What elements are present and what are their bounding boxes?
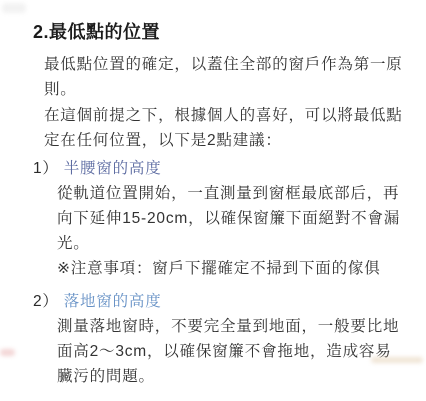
intro-paragraph-2: 在這個前提之下，根據個人的喜好，可以將最低點定在任何位置，以下是2點建議： — [44, 103, 406, 153]
list-item-2: 2）落地窗的高度 測量落地窗時，不要完全量到地面，一般要比地面高2～3cm，以確… — [33, 289, 402, 389]
document-content: 2.最低點的位置 最低點位置的確定，以蓋住全部的窗戶作為第一原則。 在這個前提之… — [0, 0, 426, 389]
document-page: 2.最低點的位置 最低點位置的確定，以蓋住全部的窗戶作為第一原則。 在這個前提之… — [0, 0, 426, 401]
item-2-number: 2） — [33, 293, 59, 310]
item-1-label: 半腰窗的高度 — [64, 160, 162, 177]
item-2-heading: 2）落地窗的高度 — [33, 289, 402, 314]
list-item-1: 1）半腰窗的高度 從軌道位置開始，一直測量到窗框最底部后，再向下延伸15-20c… — [33, 156, 402, 281]
item-2-body: 測量落地窗時，不要完全量到地面，一般要比地面高2～3cm，以確保窗簾不會拖地，造… — [57, 314, 405, 389]
item-1-note: ※注意事項：窗戶下擺確定不掃到下面的傢俱 — [57, 256, 405, 281]
item-1-heading: 1）半腰窗的高度 — [33, 156, 402, 181]
item-2-label: 落地窗的高度 — [64, 293, 162, 310]
intro-paragraph-1: 最低點位置的確定，以蓋住全部的窗戶作為第一原則。 — [44, 52, 406, 102]
item-1-number: 1） — [33, 160, 59, 177]
item-1-body: 從軌道位置開始，一直測量到窗框最底部后，再向下延伸15-20cm，以確保窗簾下面… — [57, 181, 405, 256]
page-title: 2.最低點的位置 — [33, 21, 402, 43]
